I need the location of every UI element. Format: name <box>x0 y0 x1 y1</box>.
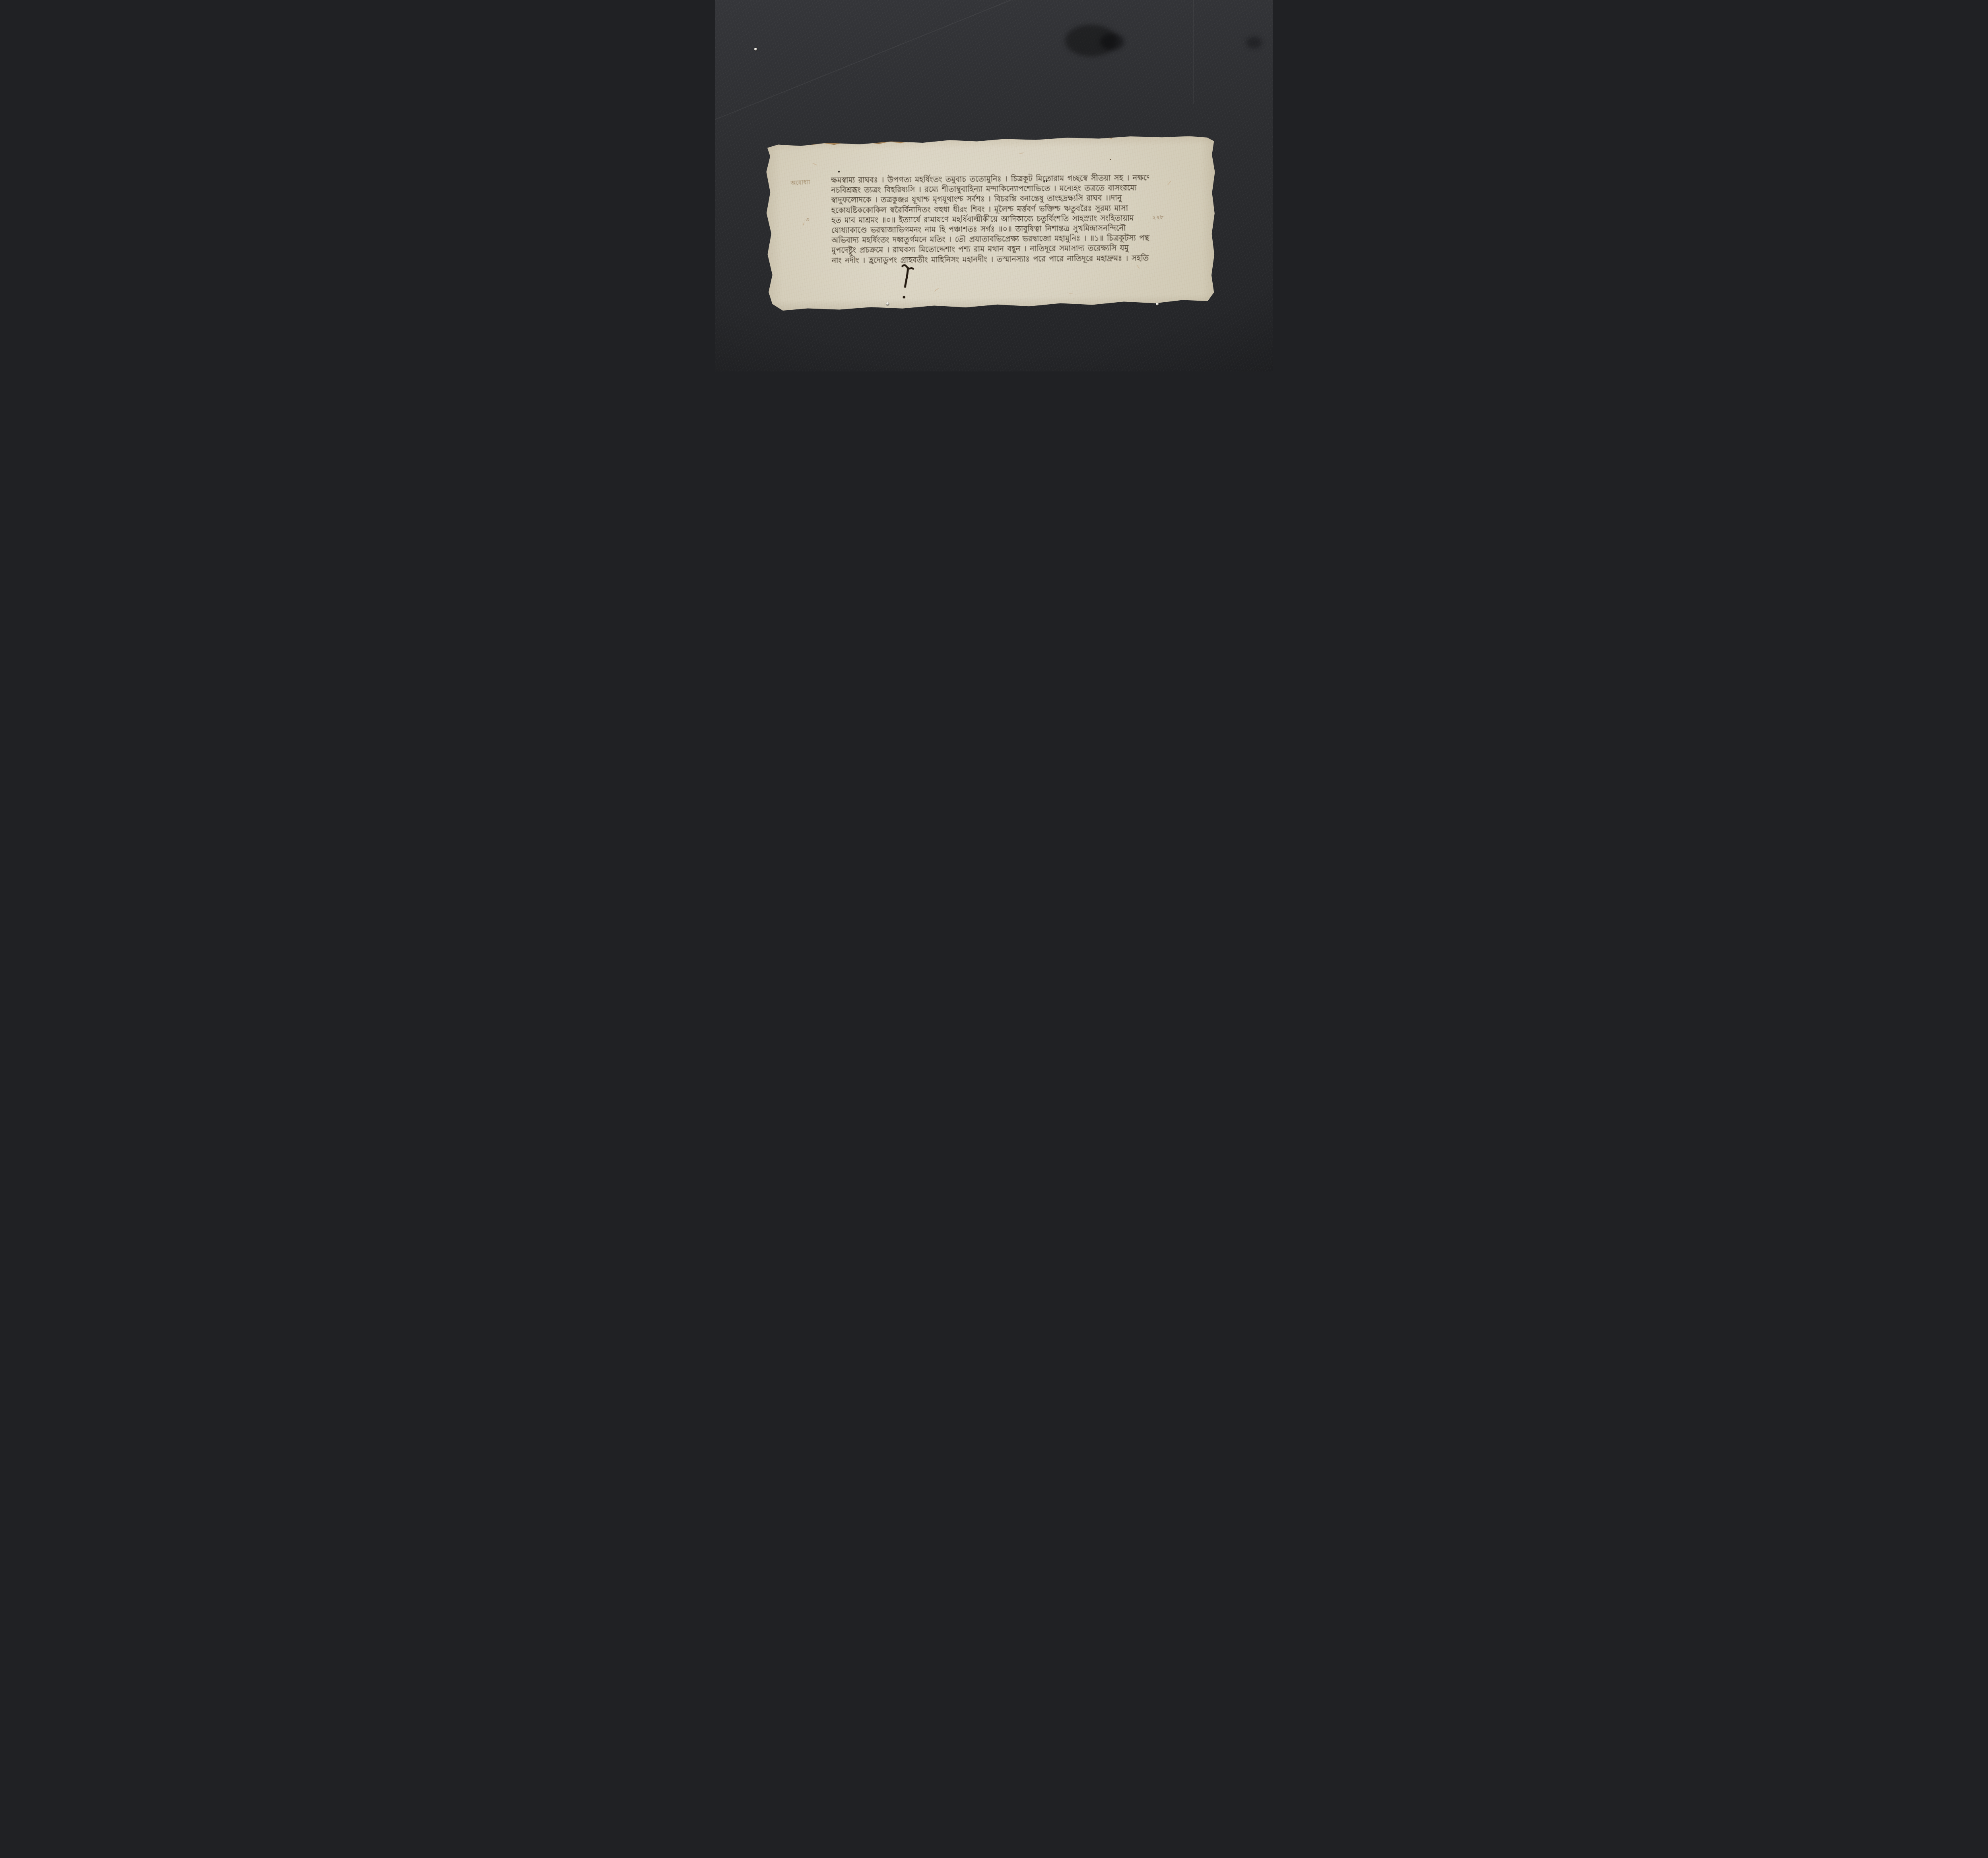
mount-scratch-diagonal <box>715 0 1014 120</box>
paper-fiber <box>1137 265 1140 269</box>
text-line: নাং নদীং । হ্রদোডুপং গ্রাহবতীং মাহিনিসং … <box>832 253 1150 266</box>
bottom-catchmark: ৭ <box>901 263 915 303</box>
paper-fiber <box>813 163 817 165</box>
text-block: ক্ষমস্বাম্য রাঘবঃ । উপগত্য মহর্ষিংতং তমু… <box>831 173 1150 266</box>
torn-top-edge <box>768 138 926 146</box>
right-page-number: ২২৮ <box>1152 213 1164 223</box>
left-margin-numeral: ৩ <box>806 215 810 225</box>
paper-fiber <box>803 222 804 226</box>
catchmark-stroke <box>901 263 915 303</box>
paper-fiber <box>934 288 939 292</box>
pin-bottom-left <box>886 302 889 305</box>
left-margin-heading: অযোধ্যা <box>790 176 835 188</box>
mount-stain <box>1246 37 1262 49</box>
wormhole-dot <box>838 171 840 173</box>
manuscript-page: অযোধ্যা ৩ ২২৮ ক্ষমস্বাম্য রাঘবঃ । উপগত্য… <box>765 134 1219 313</box>
pin-top-left <box>754 48 757 51</box>
paper-fiber <box>1168 181 1171 185</box>
paper-fiber <box>1019 153 1024 154</box>
manuscript-photograph: অযোধ্যা ৩ ২২৮ ক্ষমস্বাম্য রাঘবঃ । উপগত্য… <box>715 0 1273 371</box>
pin-bottom-right <box>1156 303 1159 305</box>
mount-stain <box>1100 33 1124 50</box>
torn-notch <box>1105 136 1115 138</box>
ink-speck <box>1110 159 1111 160</box>
paper-fiber <box>1069 293 1074 294</box>
torn-notch <box>898 139 911 143</box>
mount-scratch-vertical <box>1193 0 1194 104</box>
